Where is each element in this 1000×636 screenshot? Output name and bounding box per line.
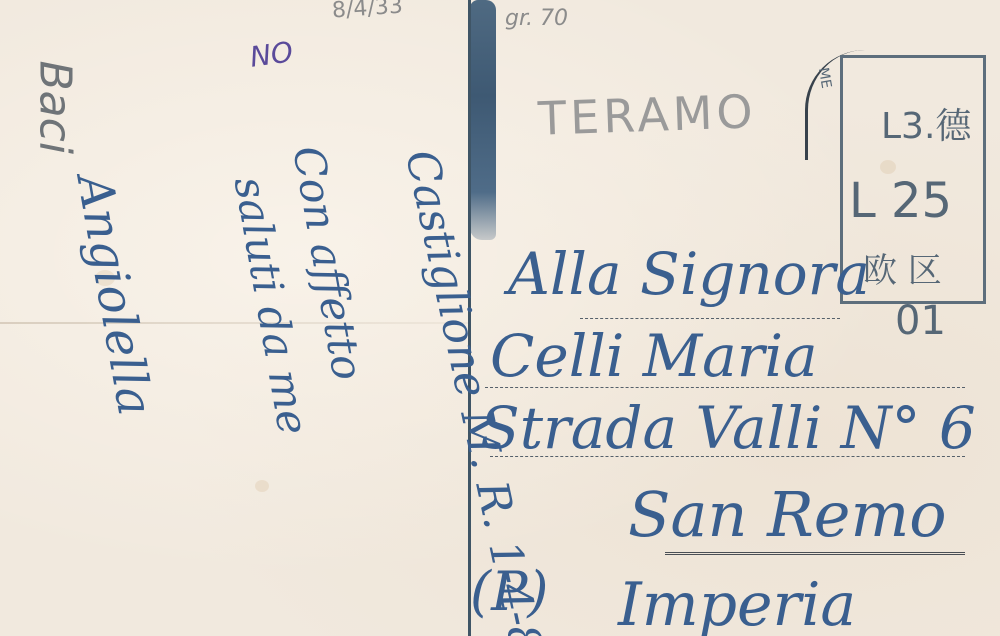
address-rule-4 (665, 552, 965, 555)
address-line-4: San Remo (628, 478, 947, 551)
stamp-below-mark: 01 (895, 298, 946, 344)
address-line-3: Strada Valli N° 6 (480, 394, 976, 462)
pencil-date: 8/4/33 (331, 0, 403, 23)
stamp-row-2: L 25 (849, 173, 952, 229)
paper-crease (0, 322, 470, 324)
foxing-spot (255, 480, 269, 492)
address-line-2: Celli Maria (490, 322, 818, 390)
address-line-5: Imperia (618, 570, 856, 636)
pencil-city: TERAMO (537, 84, 757, 146)
stamp-row-3: 欧 区 (863, 243, 942, 292)
signature: Angiolella (66, 170, 165, 426)
purple-mark: NO (248, 35, 295, 74)
ink-smudge (470, 0, 496, 240)
pencil-scrawl: Baci (30, 61, 81, 291)
province-mark: (P) (470, 560, 548, 623)
pencil-weight: gr. 70 (505, 6, 568, 31)
stamp-row-1: L3.德 (881, 98, 971, 149)
address-line-1: Alla Signora (508, 240, 870, 308)
address-rule-1 (580, 318, 840, 319)
postcard: 8/4/33 gr. 70 TERAMO NO Baci Angiolella … (0, 0, 1000, 636)
